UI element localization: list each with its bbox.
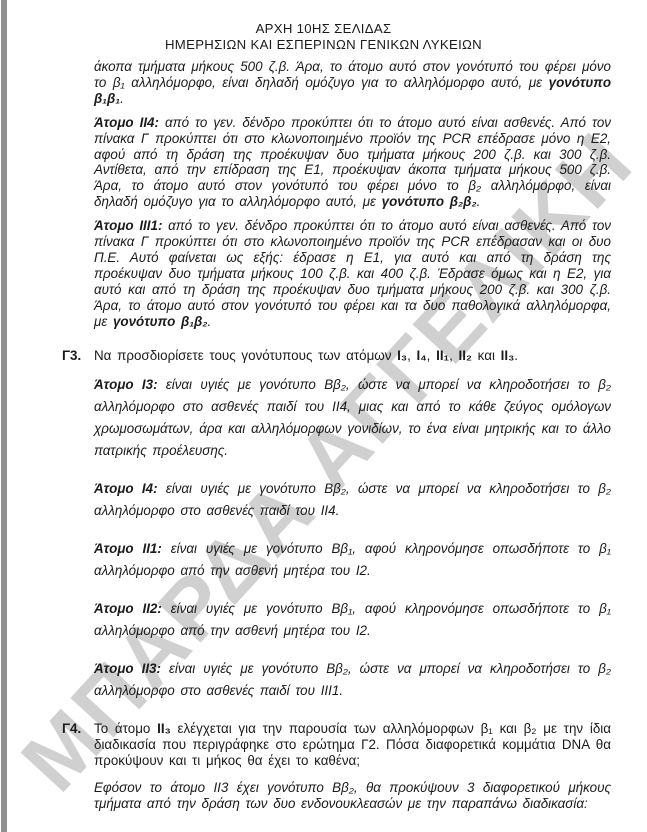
g2-answer-atomo-ii4: Άτομο ΙΙ4: από το γεν. δένδρο προκύπτει … [94, 115, 611, 210]
g3-answer-atomo-ii3: Άτομο ΙΙ3: είναι υγιές με γονότυπο Ββ₂, … [94, 658, 611, 702]
question-g3-text: Να προσδιορίσετε τους γονότυπους των ατό… [94, 348, 611, 364]
document-page: ΜΠΑΡΔΑ ΑΓΓΕΛΙΚΗ ΑΡΧΗ 10ΗΣ ΣΕΛΙΔΑΣ ΗΜΕΡΗΣ… [0, 0, 647, 832]
scan-edge-artifact [1, 0, 7, 832]
question-g3: Γ3. Να προσδιορίσετε τους γονότυπους των… [62, 348, 611, 364]
g2-answer-atomo-iii1: Άτομο ΙΙΙ1: από το γεν. δένδρο προκύπτει… [94, 218, 611, 329]
g3-answer-atomo-ii1: Άτομο ΙΙ1: είναι υγιές με γονότυπο Ββ₁, … [94, 538, 611, 582]
g4-answer-intro: Εφόσον το άτομο ΙΙ3 έχει γονότυπο Ββ₂, θ… [94, 780, 611, 812]
header-line-2: ΗΜΕΡΗΣΙΩΝ ΚΑΙ ΕΣΠΕΡΙΝΩΝ ΓΕΝΙΚΩΝ ΛΥΚΕΙΩΝ [0, 37, 647, 53]
g3-answer-atomo-i3: Άτομο Ι3: είναι υγιές με γονότυπο Ββ₂, ώ… [94, 374, 611, 462]
page-header: ΑΡΧΗ 10ΗΣ ΣΕΛΙΔΑΣ ΗΜΕΡΗΣΙΩΝ ΚΑΙ ΕΣΠΕΡΙΝΩ… [0, 0, 647, 53]
g3-answer-atomo-ii2: Άτομο ΙΙ2: είναι υγιές με γονότυπο Ββ₁, … [94, 598, 611, 642]
document-body: άκοπα τμήματα μήκους 500 ζ.β. Άρα, το άτ… [0, 59, 647, 812]
question-g3-label: Γ3. [62, 348, 94, 364]
question-g4-label: Γ4. [62, 721, 94, 769]
header-line-1: ΑΡΧΗ 10ΗΣ ΣΕΛΙΔΑΣ [0, 21, 647, 37]
g3-answer-atomo-i4: Άτομο Ι4: είναι υγιές με γονότυπο Ββ₂, ώ… [94, 478, 611, 522]
question-g4: Γ4. Το άτομο ΙΙ₃ ελέγχεται για την παρου… [62, 721, 611, 769]
question-g4-text: Το άτομο ΙΙ₃ ελέγχεται για την παρουσία … [94, 721, 611, 769]
g2-continuation-paragraph-b1b1: άκοπα τμήματα μήκους 500 ζ.β. Άρα, το άτ… [94, 59, 611, 107]
